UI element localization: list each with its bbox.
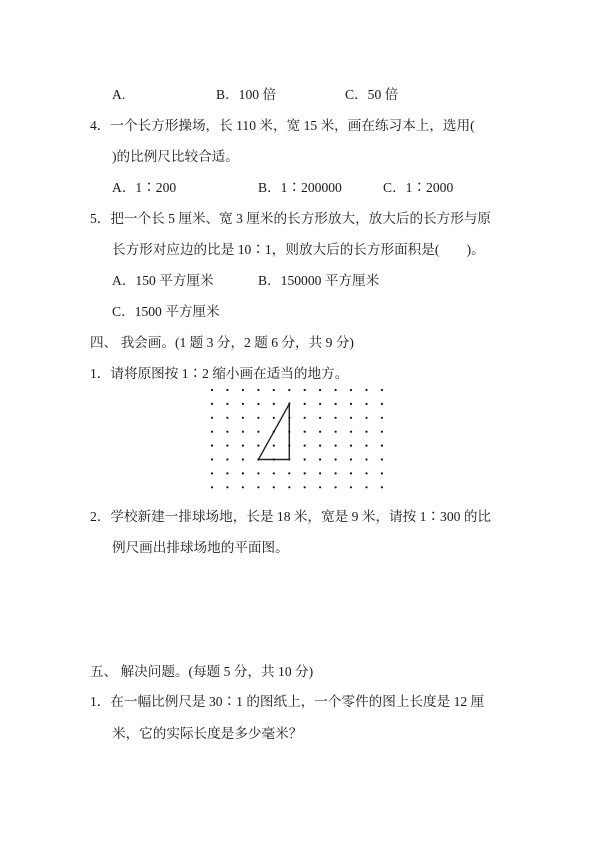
q4-option-b: B．1∶200000 bbox=[258, 179, 342, 197]
q3-option-a: A. bbox=[112, 86, 125, 104]
section4-q2-text-line2: 例尺画出排球场地的平面图。 bbox=[112, 539, 289, 557]
section4-q2-text-line1: 2．学校新建一排球场地，长是 18 米，宽是 9 米，请按 1∶300 的比 bbox=[90, 508, 491, 526]
section5-q1-text-line2: 米，它的实际长度是多少毫米？ bbox=[112, 725, 302, 743]
q4-option-a: A．1∶200 bbox=[112, 179, 176, 197]
q5-option-b: B．150000 平方厘米 bbox=[258, 272, 379, 290]
q3-option-c: C．50 倍 bbox=[345, 86, 398, 104]
section4-heading: 四、 我会画。(1 题 3 分，2 题 6 分，共 9 分) bbox=[90, 334, 354, 352]
q5-text-line1: 5．把一个长 5 厘米、宽 3 厘米的长方形放大，放大后的长方形与原 bbox=[90, 210, 491, 228]
q3-option-b: B．100 倍 bbox=[216, 86, 276, 104]
q5-option-a: A．150 平方厘米 bbox=[112, 272, 214, 290]
section5-q1-text-line1: 1．在一幅比例尺是 30∶1 的图纸上，一个零件的图上长度是 12 厘 bbox=[90, 693, 484, 711]
section4-q1-text: 1．请将原图按 1∶2 缩小画在适当的地方。 bbox=[90, 365, 348, 383]
q4-text-line1: 4．一个长方形操场，长 110 米，宽 15 米，画在练习本上，选用( bbox=[90, 117, 475, 135]
grid-dots bbox=[211, 389, 383, 489]
original-triangle bbox=[258, 404, 289, 460]
q4-option-c: C．1∶2000 bbox=[383, 179, 453, 197]
q5-text-line2: 长方形对应边的比是 10∶1，则放大后的长方形面积是( )。 bbox=[112, 241, 485, 259]
q5-option-c: C．1500 平方厘米 bbox=[112, 303, 220, 321]
q4-text-line2: )的比例尺比较合适。 bbox=[112, 148, 239, 166]
section5-heading: 五、 解决问题。(每题 5 分，共 10 分) bbox=[90, 663, 313, 681]
